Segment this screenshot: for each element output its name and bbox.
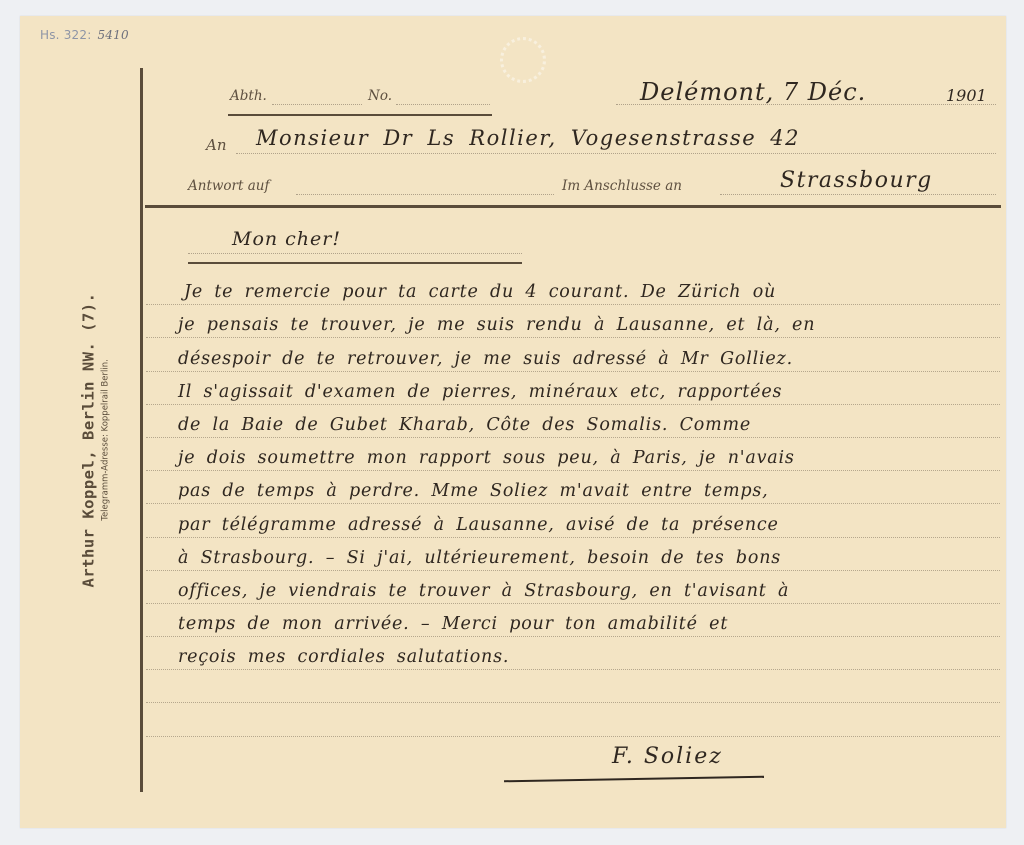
shelfmark-handwritten: 5410 <box>97 28 128 42</box>
body-line: Il s'agissait d'examen de pierres, minér… <box>146 372 1000 405</box>
body-line: de la Baie de Gubet Kharab, Côte des Som… <box>146 405 1000 438</box>
letter-body: Je te remercie pour ta carte du 4 couran… <box>146 272 1000 737</box>
place-date: Delémont, 7 Déc. <box>640 78 866 106</box>
margin-rule <box>140 68 143 792</box>
anschluss-dots <box>720 194 996 195</box>
archive-shelfmark: Hs. 322:5410 <box>40 28 129 42</box>
signature: F. Soliez <box>612 744 723 769</box>
telegram-address: Telegramm-Adresse: Koppelrail Berlin. <box>101 293 111 588</box>
body-line: Je te remercie pour ta carte du 4 couran… <box>146 272 1000 305</box>
body-line: offices, je viendrais te trouver à Stras… <box>146 571 1000 604</box>
shelfmark-printed: Hs. 322: <box>40 28 91 42</box>
recipient-dots <box>236 153 996 154</box>
abth-dots <box>272 104 362 105</box>
body-line <box>146 670 1000 703</box>
anschluss-label: Im Anschlusse an <box>562 178 682 194</box>
salutation: Mon cher! <box>232 228 341 250</box>
salutation-dots <box>188 253 522 254</box>
an-label: An <box>206 136 227 154</box>
year: 1901 <box>946 86 987 105</box>
antwort-label: Antwort auf <box>188 178 269 194</box>
recipient: Monsieur Dr Ls Rollier, Vogesenstrasse 4… <box>256 126 800 150</box>
salutation-rule <box>188 262 522 264</box>
city: Strassbourg <box>780 168 933 193</box>
no-dots <box>396 104 490 105</box>
body-line: par télégramme adressé à Lausanne, avisé… <box>146 504 1000 537</box>
antwort-dots <box>296 194 554 195</box>
body-line: reçois mes cordiales salutations. <box>146 637 1000 670</box>
body-line: à Strasbourg. – Si j'ai, ultérieurement,… <box>146 538 1000 571</box>
body-line: je dois soumettre mon rapport sous peu, … <box>146 438 1000 471</box>
header-main-rule <box>145 205 1001 208</box>
embossed-stamp-icon <box>500 37 546 83</box>
header-short-rule <box>228 114 492 116</box>
no-label: No. <box>368 88 392 104</box>
body-line: pas de temps à perdre. Mme Soliez m'avai… <box>146 471 1000 504</box>
body-line: temps de mon arrivée. – Merci pour ton a… <box>146 604 1000 637</box>
letterhead: Arthur Koppel, Berlin NW. (7). Telegramm… <box>80 293 111 588</box>
abth-label: Abth. <box>230 88 267 104</box>
company-name: Arthur Koppel, Berlin NW. (7). <box>80 293 98 588</box>
body-line: je pensais te trouver, je me suis rendu … <box>146 305 1000 338</box>
body-line: désespoir de te retrouver, je me suis ad… <box>146 338 1000 371</box>
body-line <box>146 703 1000 736</box>
